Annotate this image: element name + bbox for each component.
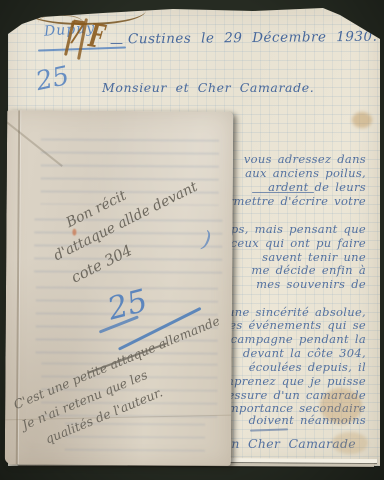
letter-line: aux anciens poilus, <box>245 166 366 180</box>
letter-line: vous adressez dans <box>244 152 366 166</box>
letter-line: une sincérité absolue, <box>227 305 366 319</box>
letter-line: comprenez que je puisse <box>209 374 366 388</box>
classification-number: 25 <box>33 61 72 97</box>
paper-stain <box>352 112 372 128</box>
scanned-document-photo: Dupuy 7F — Custines le 29 Décembre 1930.… <box>0 0 384 480</box>
salutation: Monsieur et Cher Camarade. <box>102 80 314 95</box>
paper-stain <box>320 388 362 424</box>
letter-line: mes souvenirs de <box>256 277 366 291</box>
letter-line: campagne pendant la <box>231 332 366 346</box>
letter-line: écoulées depuis, il <box>249 360 366 374</box>
letter-line: les événements qui se <box>225 318 366 332</box>
note-paper: Bon récit d'attaque allde devant cote 30… <box>5 110 233 466</box>
paper-stain <box>332 432 368 454</box>
ink-trace <box>250 428 288 431</box>
letter-line: devant la côte 304, <box>243 346 366 360</box>
margin-dash: — <box>110 36 123 51</box>
brown-ink-mark: 7F <box>66 12 113 57</box>
letter-line: savent tenir une <box>262 250 366 264</box>
letter-line: me décide enfin à <box>251 263 366 277</box>
dateline: Custines le 29 Décembre 1930. <box>128 29 378 48</box>
letter-line: permettre d'écrire votre <box>213 194 366 208</box>
letter-line: ceux qui ont pu faire <box>231 236 366 250</box>
